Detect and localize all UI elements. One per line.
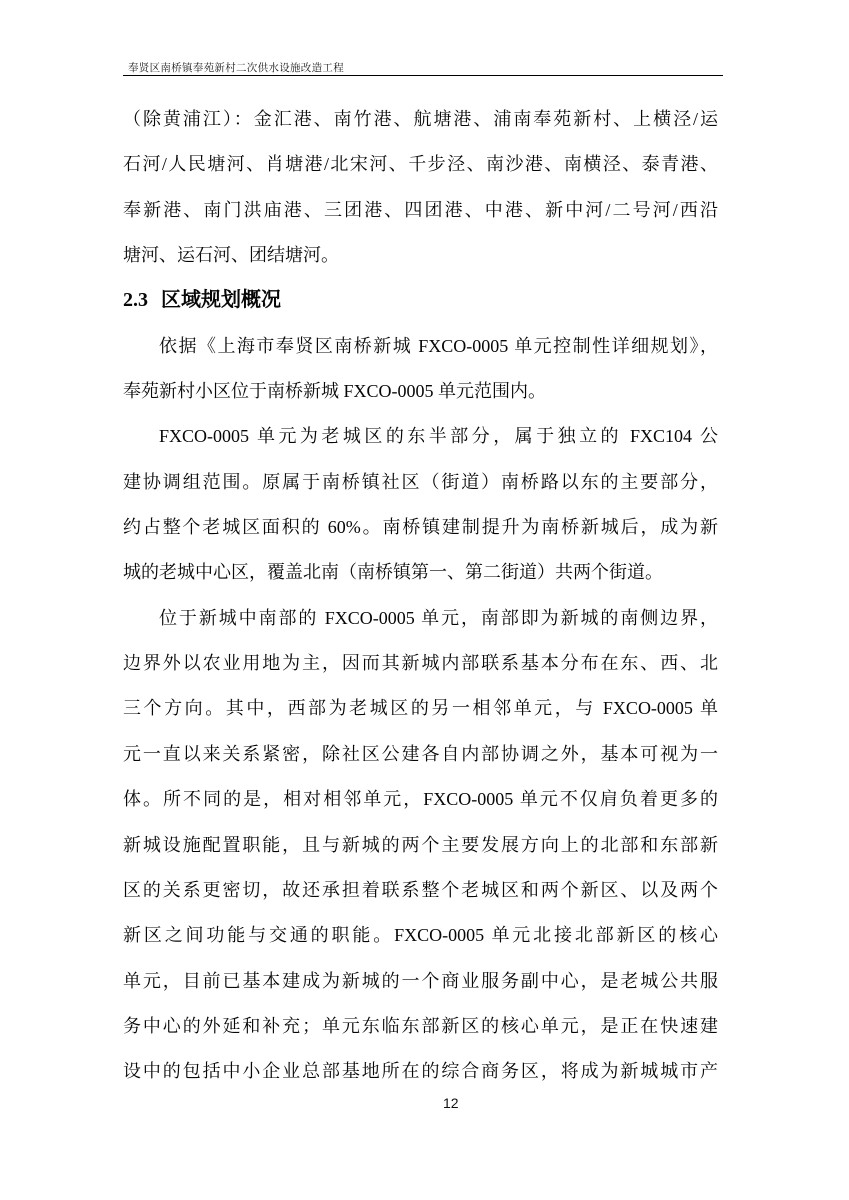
text-line: 建协调组范围。原属于南桥镇社区（街道）南桥路以东的主要部分，	[123, 460, 718, 505]
text-line: 塘河、运石河、团结塘河。	[123, 233, 718, 278]
text-line: 务中心的外延和补充；单元东临东部新区的核心单元，是正在快速建	[123, 1004, 718, 1049]
text-line: 石河/人民塘河、肖塘港/北宋河、千步泾、南沙港、南横泾、泰青港、	[123, 142, 718, 187]
text-line: 新区之间功能与交通的职能。FXCO-0005 单元北接北部新区的核心	[123, 913, 718, 958]
text-line: 边界外以农业用地为主，因而其新城内部联系基本分布在东、西、北	[123, 641, 718, 686]
text-line: 位于新城中南部的 FXCO-0005 单元，南部即为新城的南侧边界，	[123, 596, 718, 641]
text-line: 奉苑新村小区位于南桥新城 FXCO-0005 单元范围内。	[123, 369, 718, 414]
text-line: 约占整个老城区面积的 60%。南桥镇建制提升为南桥新城后，成为新	[123, 505, 718, 550]
text-line: 新城设施配置职能，且与新城的两个主要发展方向上的北部和东部新	[123, 823, 718, 868]
header-rule	[123, 75, 723, 76]
document-page: 奉贤区南桥镇奉苑新村二次供水设施改造工程 （除黄浦江）：金汇港、南竹港、航塘港、…	[0, 0, 849, 1200]
text-line: 依据《上海市奉贤区南桥新城 FXCO-0005 单元控制性详细规划》，	[123, 324, 718, 369]
page-number: 12	[443, 1095, 459, 1111]
document-body: （除黄浦江）：金汇港、南竹港、航塘港、浦南奉苑新村、上横泾/运石河/人民塘河、肖…	[123, 97, 718, 1095]
section-number: 2.3	[123, 289, 148, 311]
text-line: FXCO-0005 单元为老城区的东半部分，属于独立的 FXC104 公	[123, 414, 718, 459]
text-line: 三个方向。其中，西部为老城区的另一相邻单元，与 FXCO-0005 单	[123, 686, 718, 731]
section-heading: 2.3区域规划概况	[123, 278, 718, 323]
text-line: （除黄浦江）：金汇港、南竹港、航塘港、浦南奉苑新村、上横泾/运	[123, 97, 718, 142]
text-line: 单元，目前已基本建成为新城的一个商业服务副中心，是老城公共服	[123, 959, 718, 1004]
text-line: 城的老城中心区，覆盖北南（南桥镇第一、第二街道）共两个街道。	[123, 550, 718, 595]
running-header-title: 奉贤区南桥镇奉苑新村二次供水设施改造工程	[128, 60, 344, 75]
text-line: 元一直以来关系紧密，除社区公建各自内部协调之外，基本可视为一	[123, 732, 718, 777]
text-line: 奉新港、南门洪庙港、三团港、四团港、中港、新中河/二号河/西沿	[123, 188, 718, 233]
text-line: 体。所不同的是，相对相邻单元，FXCO-0005 单元不仅肩负着更多的	[123, 777, 718, 822]
section-title: 区域规划概况	[161, 289, 281, 311]
text-line: 区的关系更密切，故还承担着联系整个老城区和两个新区、以及两个	[123, 868, 718, 913]
text-line: 设中的包括中小企业总部基地所在的综合商务区，将成为新城城市产	[123, 1049, 718, 1094]
